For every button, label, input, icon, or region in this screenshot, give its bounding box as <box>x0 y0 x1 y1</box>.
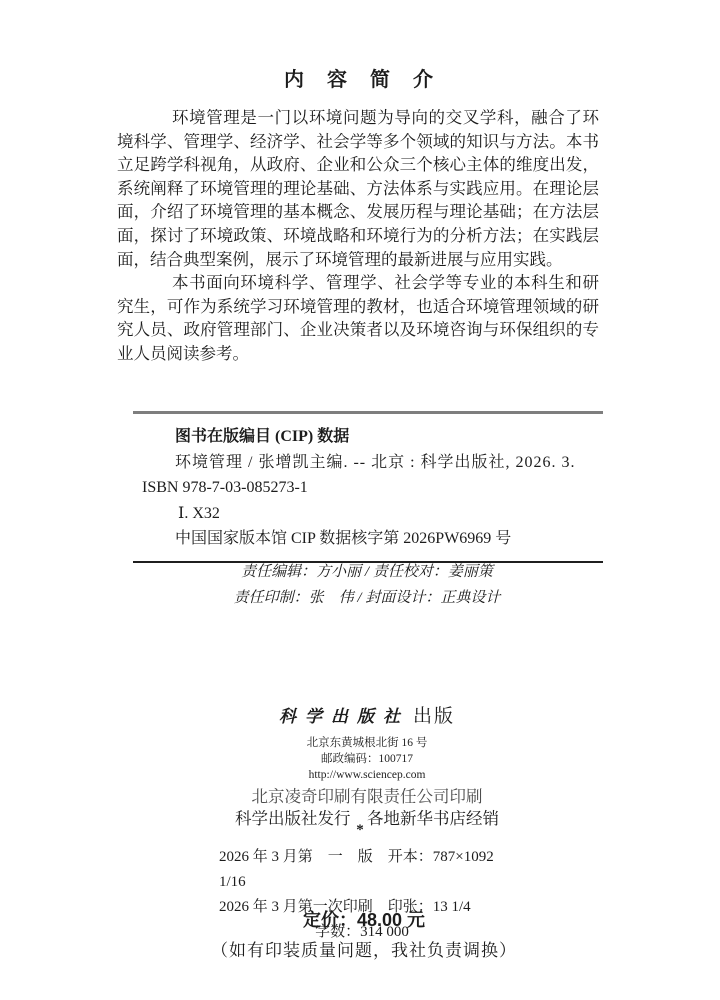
publisher-address: 北京东黄城根北街 16 号 <box>14 735 720 751</box>
copyright-page: 内容简介 环境管理是一门以环境问题为导向的交叉学科，融合了环境科学、管理学、经济… <box>0 0 720 1000</box>
cip-isbn: ISBN 978-7-03-085273-1 <box>142 475 603 501</box>
price-line: 定价：48.00 元 <box>0 906 720 932</box>
page-title: 内容简介 <box>0 63 720 92</box>
publisher-publish-label: 出版 <box>413 706 455 727</box>
publisher-postcode: 邮政编码：100717 <box>14 751 720 767</box>
cip-registry: 中国国家版本馆 CIP 数据核字第 2026PW6969 号 <box>175 526 603 552</box>
quality-note: （如有印装质量问题，我社负责调换） <box>0 936 720 961</box>
cip-entry: 环境管理 / 张增凯主编. -- 北京 : 科学出版社, 2026. 3. <box>175 450 603 476</box>
separator-asterisk: * <box>0 822 720 839</box>
credits-section: 责任编辑：方小丽 / 责任校对：姜丽策 责任印制：张 伟 / 封面设计：正典设计 <box>0 559 720 611</box>
printer-line: 北京凌奇印刷有限责任公司印刷 <box>14 786 720 808</box>
publisher-section: 科学出版社 出版 北京东黄城根北街 16 号 邮政编码：100717 http:… <box>0 704 720 830</box>
intro-paragraph-2: 本书面向环境科学、管理学、社会学等专业的本科生和研究生，可作为系统学习环境管理的… <box>117 271 599 365</box>
intro-paragraph-1: 环境管理是一门以环境问题为导向的交叉学科，融合了环境科学、管理学、经济学、社会学… <box>117 106 599 271</box>
publisher-logo-line: 科学出版社 出版 <box>14 704 720 731</box>
credits-print-design-line: 责任印制：张 伟 / 封面设计：正典设计 <box>14 585 720 611</box>
cip-box: 图书在版编目 (CIP) 数据 环境管理 / 张增凯主编. -- 北京 : 科学… <box>133 411 603 563</box>
cip-classification: Ⅰ. X32 <box>178 501 603 527</box>
publisher-website: http://www.sciencep.com <box>14 767 720 783</box>
credits-editors-line: 责任编辑：方小丽 / 责任校对：姜丽策 <box>14 559 720 585</box>
intro-section: 环境管理是一门以环境问题为导向的交叉学科，融合了环境科学、管理学、经济学、社会学… <box>117 106 599 366</box>
publisher-logo: 科学出版社 <box>279 707 409 726</box>
cip-heading: 图书在版编目 (CIP) 数据 <box>175 424 603 450</box>
edition-line: 2026 年 3 月第 一 版 开本：787×1092 1/16 <box>219 845 505 895</box>
